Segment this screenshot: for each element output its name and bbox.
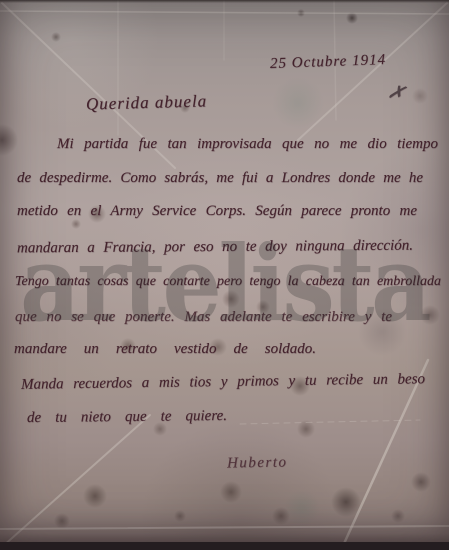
photo-vignette (0, 0, 449, 550)
painting-photo: 25 Octubre 1914 ✗ Querida abuela Mi part… (0, 0, 449, 550)
photo-top-edge (0, 0, 449, 3)
photo-bottom-edge (0, 542, 449, 550)
